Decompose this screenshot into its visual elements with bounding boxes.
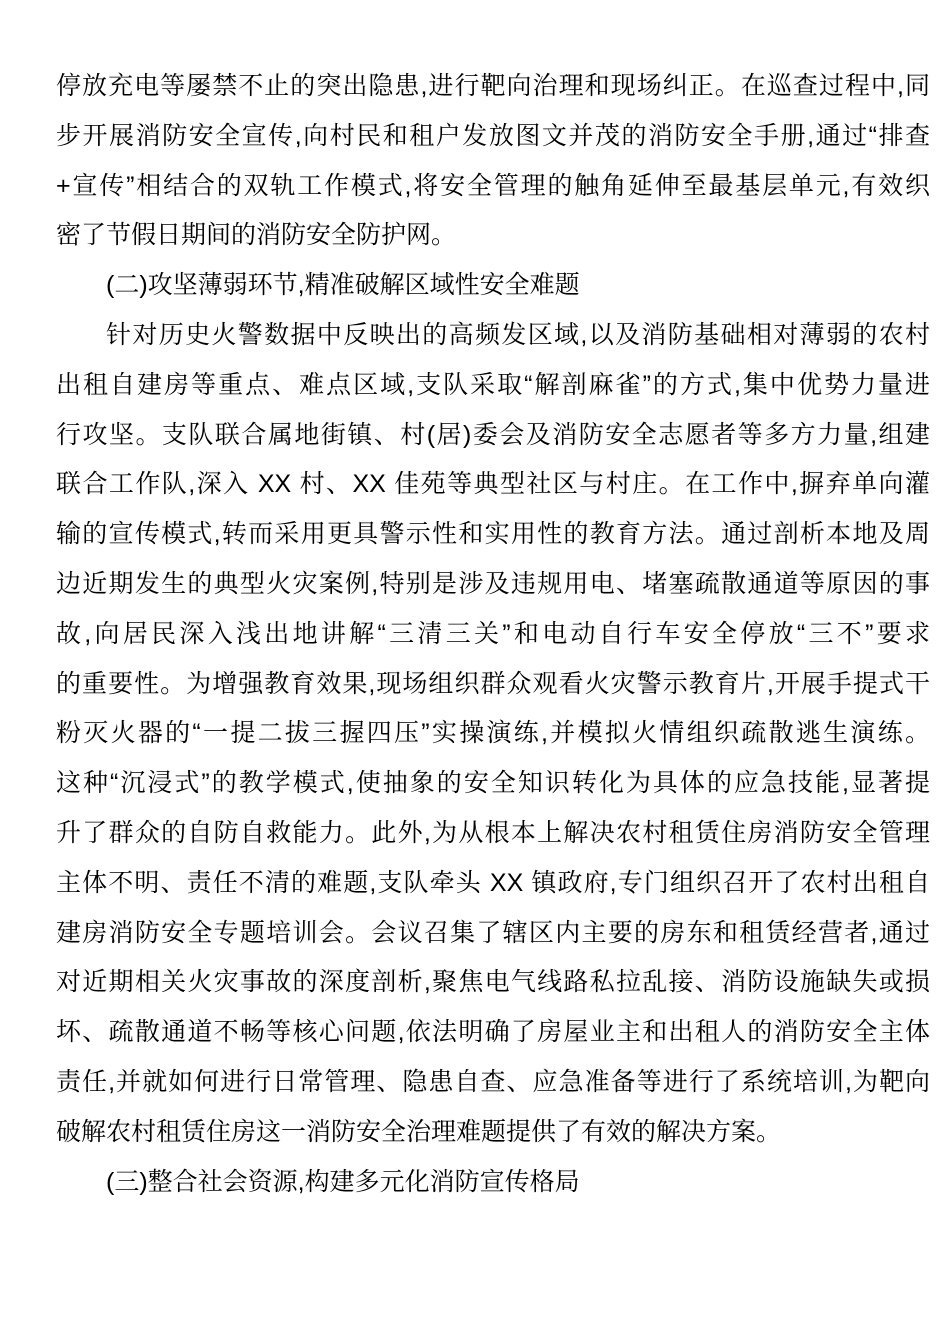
heading-weak-links: (二)攻坚薄弱环节,精准破解区域性安全难题 xyxy=(56,261,930,311)
document-body: 停放充电等屡禁不止的突出隐患,进行靶向治理和现场纠正。在巡查过程中,同 步开展消… xyxy=(56,62,930,1207)
text-line: 主体不明、责任不清的难题,支队牵头 XX 镇政府,专门组织召开了农村出租自 xyxy=(56,859,930,909)
text-line: 建房消防安全专题培训会。会议召集了辖区内主要的房东和租赁经营者,通过 xyxy=(56,909,930,959)
text-line: 边近期发生的典型火灾案例,特别是涉及违规用电、堵塞疏散通道等原因的事 xyxy=(56,560,930,610)
text-line: 破解农村租赁住房这一消防安全治理难题提供了有效的解决方案。 xyxy=(56,1108,930,1158)
paragraph-patrol-publicity: 停放充电等屡禁不止的突出隐患,进行靶向治理和现场纠正。在巡查过程中,同 步开展消… xyxy=(56,62,930,261)
text-line: 行攻坚。支队联合属地街镇、村(居)委会及消防安全志愿者等多方力量,组建 xyxy=(56,411,930,461)
text-line: 密了节假日期间的消防安全防护网。 xyxy=(56,211,930,261)
text-line: 输的宣传模式,转而采用更具警示性和实用性的教育方法。通过剖析本地及周 xyxy=(56,510,930,560)
document-page: { "page": { "background_color": "#ffffff… xyxy=(0,0,950,1344)
text-line: 粉灭火器的“一提二拔三握四压”实操演练,并模拟火情组织疏散逃生演练。 xyxy=(56,709,930,759)
text-line: 升了群众的自防自救能力。此外,为从根本上解决农村租赁住房消防安全管理 xyxy=(56,809,930,859)
text-line: +宣传”相结合的双轨工作模式,将安全管理的触角延伸至最基层单元,有效织 xyxy=(56,162,930,212)
text-line: 步开展消防安全宣传,向村民和租户发放图文并茂的消防安全手册,通过“排查 xyxy=(56,112,930,162)
text-line: 出租自建房等重点、难点区域,支队采取“解剖麻雀”的方式,集中优势力量进 xyxy=(56,361,930,411)
section-heading-3: (三)整合社会资源,构建多元化消防宣传格局 xyxy=(56,1158,930,1208)
text-line: 针对历史火警数据中反映出的高频发区域,以及消防基础相对薄弱的农村 xyxy=(56,311,930,361)
text-line: 这种“沉浸式”的教学模式,使抽象的安全知识转化为具体的应急技能,显著提 xyxy=(56,759,930,809)
text-line: 停放充电等屡禁不止的突出隐患,进行靶向治理和现场纠正。在巡查过程中,同 xyxy=(56,62,930,112)
heading-social-resources: (三)整合社会资源,构建多元化消防宣传格局 xyxy=(56,1158,930,1208)
text-line: 的重要性。为增强教育效果,现场组织群众观看火灾警示教育片,开展手提式干 xyxy=(56,660,930,710)
text-line: 对近期相关火灾事故的深度剖析,聚焦电气线路私拉乱接、消防设施缺失或损 xyxy=(56,958,930,1008)
paragraph-weak-links-campaign: 针对历史火警数据中反映出的高频发区域,以及消防基础相对薄弱的农村 出租自建房等重… xyxy=(56,311,930,1158)
text-line: 坏、疏散通道不畅等核心问题,依法明确了房屋业主和出租人的消防安全主体 xyxy=(56,1008,930,1058)
text-line: 责任,并就如何进行日常管理、隐患自查、应急准备等进行了系统培训,为靶向 xyxy=(56,1058,930,1108)
text-line: 故,向居民深入浅出地讲解“三清三关”和电动自行车安全停放“三不”要求 xyxy=(56,610,930,660)
section-heading-2: (二)攻坚薄弱环节,精准破解区域性安全难题 xyxy=(56,261,930,311)
text-line: 联合工作队,深入 XX 村、XX 佳苑等典型社区与村庄。在工作中,摒弃单向灌 xyxy=(56,460,930,510)
